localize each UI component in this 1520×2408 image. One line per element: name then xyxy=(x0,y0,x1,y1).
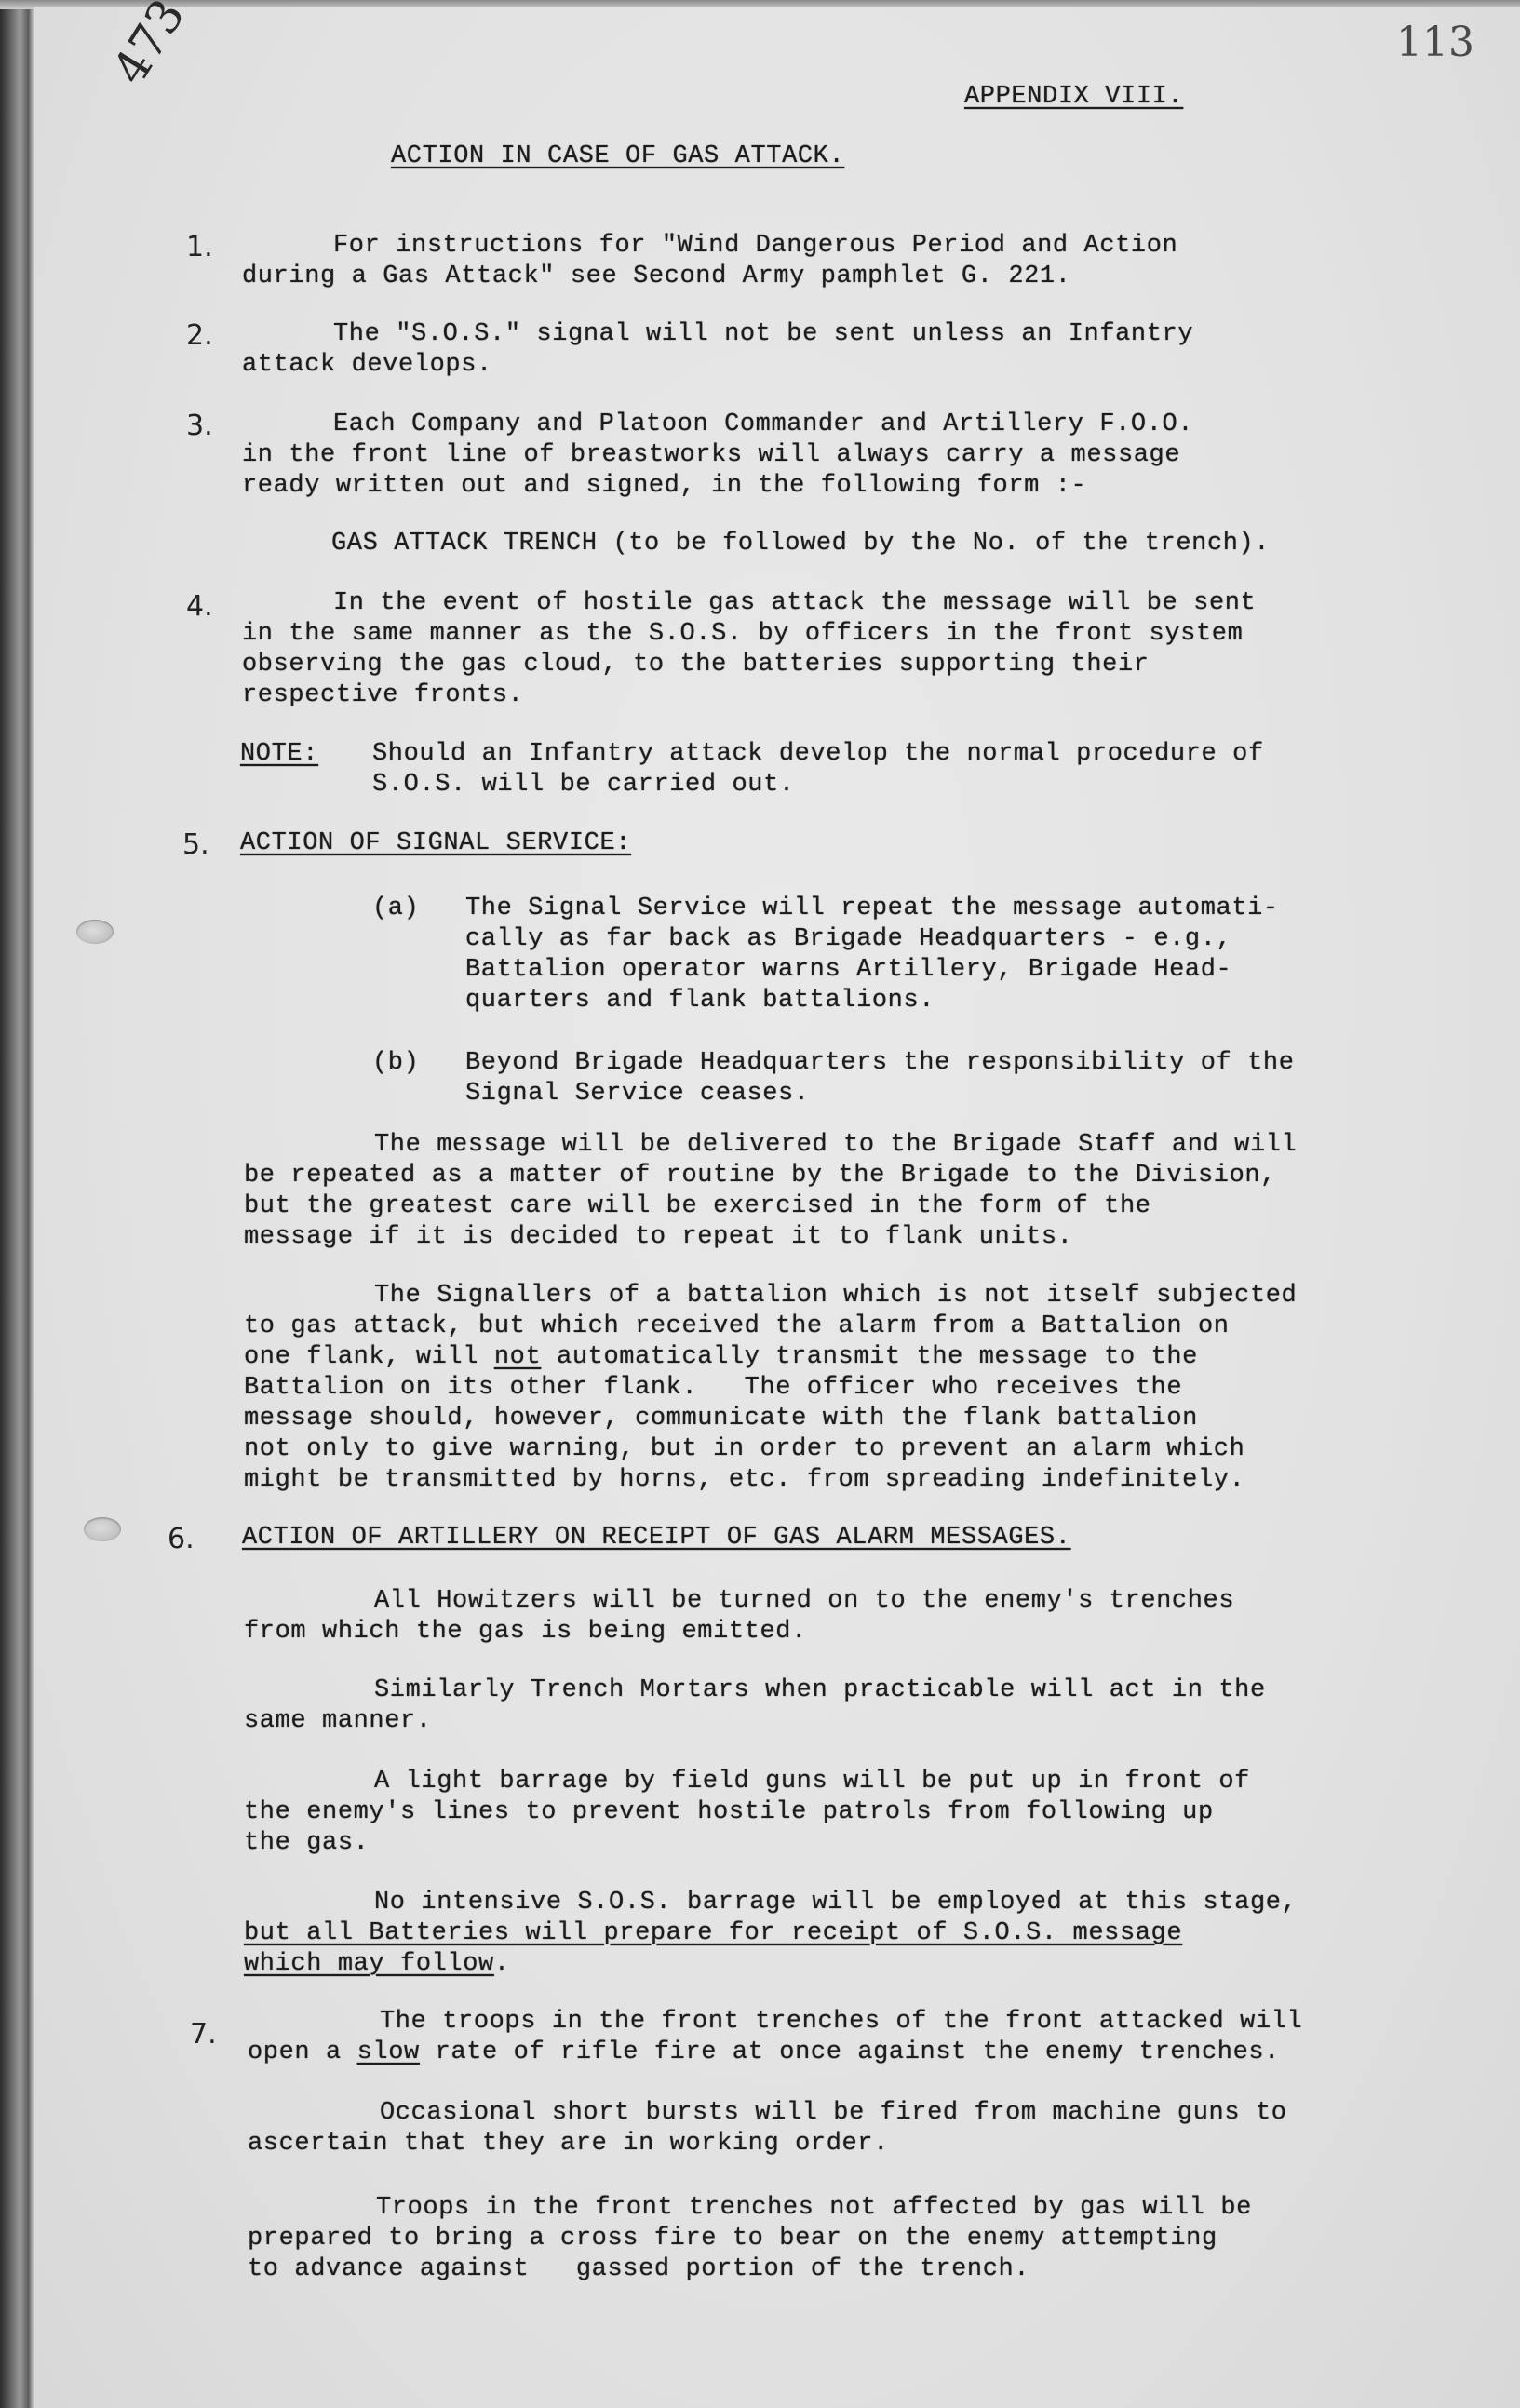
message-form-line: GAS ATTACK TRENCH (to be followed by the… xyxy=(331,529,1270,559)
section-heading: ACTION OF ARTILLERY ON RECEIPT OF GAS AL… xyxy=(242,1523,1071,1554)
body-line: during a Gas Attack" see Second Army pam… xyxy=(242,262,1071,292)
body-line: same manner. xyxy=(244,1706,432,1737)
body-line: Each Company and Platoon Commander and A… xyxy=(333,410,1193,440)
note-line: Should an Infantry attack develop the no… xyxy=(372,739,1264,770)
subitem-label: (b) xyxy=(372,1048,419,1079)
body-line: the enemy's lines to prevent hostile pat… xyxy=(244,1797,1214,1828)
subitem-line: The Signal Service will repeat the messa… xyxy=(465,894,1279,924)
body-line: All Howitzers will be turned on to the e… xyxy=(374,1586,1234,1617)
body-line: Similarly Trench Mortars when practicabl… xyxy=(374,1675,1266,1706)
body-line: observing the gas cloud, to the batterie… xyxy=(242,650,1150,680)
body-line: For instructions for "Wind Dangerous Per… xyxy=(333,231,1177,262)
note-line: S.O.S. will be carried out. xyxy=(372,770,795,800)
body-line: be repeated as a matter of routine by th… xyxy=(244,1161,1276,1191)
subitem-line: Beyond Brigade Headquarters the responsi… xyxy=(465,1048,1295,1079)
subitem-line: Battalion operator warns Artillery, Brig… xyxy=(465,955,1231,986)
body-line: prepared to bring a cross fire to bear o… xyxy=(248,2224,1217,2254)
body-line: attack develops. xyxy=(242,350,492,381)
body-line: from which the gas is being emitted. xyxy=(244,1617,807,1648)
body-line: No intensive S.O.S. barrage will be empl… xyxy=(374,1888,1297,1918)
body-line: Occasional short bursts will be fired fr… xyxy=(380,2098,1287,2129)
body-line: to advance against gassed portion of the… xyxy=(248,2254,1029,2285)
body-line: The "S.O.S." signal will not be sent unl… xyxy=(333,319,1193,350)
note-label: NOTE: xyxy=(240,739,318,770)
body-line: to gas attack, but which received the al… xyxy=(244,1312,1230,1342)
section-number: 3. xyxy=(186,410,213,442)
section-number: 7. xyxy=(190,2018,217,2051)
subitem-line: cally as far back as Brigade Headquarter… xyxy=(465,924,1231,955)
section-number: 5. xyxy=(182,828,209,861)
body-line: ascertain that they are in working order… xyxy=(248,2129,889,2159)
body-line-underlined: but all Batteries will prepare for recei… xyxy=(244,1918,1182,1949)
section-number: 2. xyxy=(186,319,213,352)
body-line: in the front line of breastworks will al… xyxy=(242,440,1180,471)
body-line: The Signallers of a battalion which is n… xyxy=(374,1281,1297,1312)
body-line: Troops in the front trenches not affecte… xyxy=(376,2193,1252,2224)
body-line: the gas. xyxy=(244,1828,369,1859)
body-line: might be transmitted by horns, etc. from… xyxy=(244,1465,1244,1496)
body-line: In the event of hostile gas attack the m… xyxy=(333,588,1256,619)
section-number: 6. xyxy=(168,1523,195,1555)
body-line-emphasis: one flank, will not automatically transm… xyxy=(244,1342,1198,1373)
section-number: 4. xyxy=(186,590,213,623)
emphasis-slow: slow xyxy=(357,2038,420,2066)
emphasis-not: not xyxy=(494,1343,541,1371)
binder-edge xyxy=(0,0,34,2408)
body-line-emphasis: which may follow. xyxy=(244,1949,510,1980)
subitem-line: quarters and flank battalions. xyxy=(465,986,935,1016)
body-line: in the same manner as the S.O.S. by offi… xyxy=(242,619,1243,650)
punch-hole xyxy=(76,920,114,944)
body-line: not only to give warning, but in order t… xyxy=(244,1434,1244,1465)
page-title: ACTION IN CASE OF GAS ATTACK. xyxy=(391,141,844,172)
body-line: ready written out and signed, in the fol… xyxy=(242,471,1086,502)
body-line: message should, however, communicate wit… xyxy=(244,1404,1198,1434)
body-line: A light barrage by field guns will be pu… xyxy=(374,1767,1250,1797)
punch-hole xyxy=(84,1517,121,1541)
subitem-label: (a) xyxy=(372,894,419,924)
stamped-page-number: 113 xyxy=(1396,19,1474,66)
body-line: respective fronts. xyxy=(242,680,523,711)
section-number: 1. xyxy=(186,231,213,263)
body-line: message if it is decided to repeat it to… xyxy=(244,1222,1073,1253)
body-line: but the greatest care will be exercised … xyxy=(244,1191,1151,1222)
body-line: Battalion on its other flank. The office… xyxy=(244,1373,1182,1404)
section-heading: ACTION OF SIGNAL SERVICE: xyxy=(240,828,631,859)
subitem-line: Signal Service ceases. xyxy=(465,1079,810,1110)
appendix-label: APPENDIX VIII. xyxy=(964,82,1183,113)
body-line: The message will be delivered to the Bri… xyxy=(374,1130,1297,1161)
body-line: The troops in the front trenches of the … xyxy=(380,2007,1302,2038)
body-line-emphasis: open a slow rate of rifle fire at once a… xyxy=(248,2038,1280,2068)
